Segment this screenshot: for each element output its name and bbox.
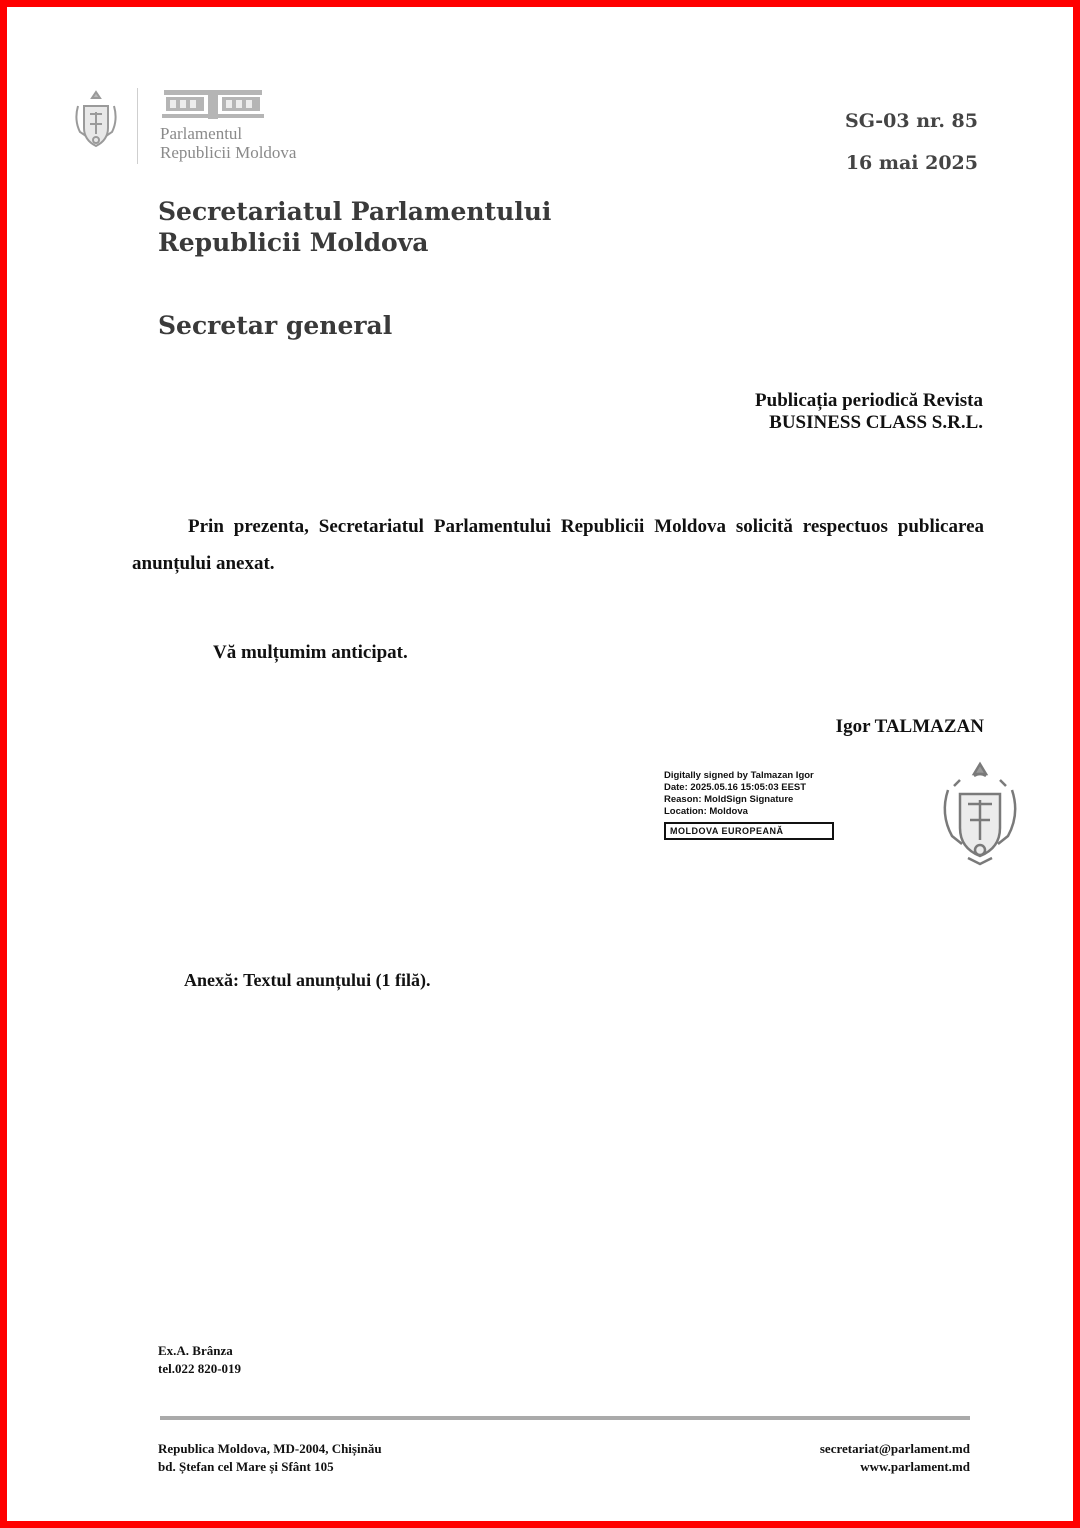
footer-address: Republica Moldova, MD-2004, Chișinău bd.… <box>158 1440 382 1476</box>
executor-info: Ex.A. Brânza tel.022 820-019 <box>158 1342 241 1378</box>
body-paragraph: Prin prezenta, Secretariatul Parlamentul… <box>132 508 984 582</box>
logo-line: Republicii Moldova <box>160 143 296 162</box>
moldova-coat-of-arms-icon <box>938 760 1022 868</box>
closing-line: Vă mulțumim anticipat. <box>213 642 408 664</box>
executor-line: Ex.A. Brânza <box>158 1342 241 1360</box>
signature-line: Digitally signed by Talmazan Igor <box>664 770 874 782</box>
reference-number: SG-03 nr. 85 <box>845 100 978 142</box>
contact-website[interactable]: www.parlament.md <box>820 1458 970 1476</box>
logo-divider <box>137 88 138 164</box>
logo-line: Parlamentul <box>160 124 296 143</box>
contact-email[interactable]: secretariat@parlament.md <box>820 1440 970 1458</box>
annex-note: Anexă: Textul anunțului (1 filă). <box>184 970 431 991</box>
parliament-building-icon <box>162 88 264 122</box>
addressee-line: BUSINESS CLASS S.R.L. <box>755 412 983 434</box>
digital-signature: Digitally signed by Talmazan Igor Date: … <box>664 770 874 840</box>
signature-badge: MOLDOVA EUROPEANĂ <box>664 822 834 840</box>
signature-line: Date: 2025.05.16 15:05:03 EEST <box>664 782 874 794</box>
address-line: Republica Moldova, MD-2004, Chișinău <box>158 1440 382 1458</box>
signature-line: Location: Moldova <box>664 806 874 818</box>
addressee: Publicația periodică Revista BUSINESS CL… <box>755 390 983 434</box>
logo-text: Parlamentul Republicii Moldova <box>160 124 296 162</box>
executor-line: tel.022 820-019 <box>158 1360 241 1378</box>
footer-contact: secretariat@parlament.md www.parlament.m… <box>820 1440 970 1476</box>
document-reference: SG-03 nr. 85 16 mai 2025 <box>845 100 978 184</box>
signature-line: Reason: MoldSign Signature <box>664 794 874 806</box>
moldova-coat-of-arms-icon <box>70 88 122 152</box>
sender-organization: Secretariatul Parlamentului Republicii M… <box>158 196 551 258</box>
document-date: 16 mai 2025 <box>845 142 978 184</box>
footer-divider <box>160 1416 970 1420</box>
address-line: bd. Ștefan cel Mare și Sfânt 105 <box>158 1458 382 1476</box>
signer-name: Igor TALMAZAN <box>836 716 984 738</box>
addressee-line: Publicația periodică Revista <box>755 390 983 412</box>
sender-org-line: Secretariatul Parlamentului <box>158 196 551 227</box>
sender-position: Secretar general <box>158 310 392 341</box>
sender-org-line: Republicii Moldova <box>158 227 551 258</box>
